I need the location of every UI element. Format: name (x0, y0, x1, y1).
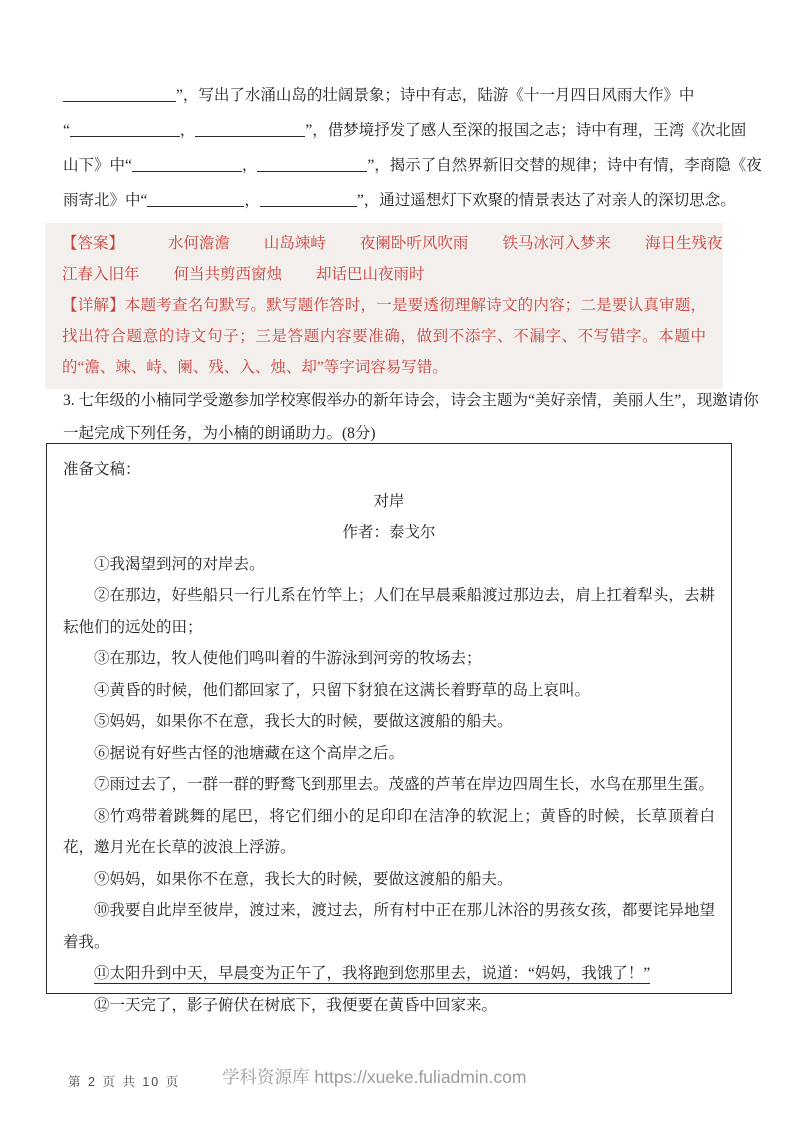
poem-stanza-text: ⑤妈妈，如果你不在意，我长大的时候，要做这渡船的船夫。 (94, 713, 513, 730)
text-segment: ， (242, 157, 258, 174)
question-3: 3. 七年级的小楠同学受邀参加学校寒假举办的新年诗会，诗会主题为“美好亲情，美丽… (63, 384, 753, 450)
text-line: 雨寄北》中“，”，通过遥想灯下欢聚的情景表达了对亲人的深切思念。 (63, 183, 753, 218)
poem-stanza-text: ⑦雨过去了，一群一群的野鹜飞到那里去。茂盛的芦苇在岸边四周生长，水鸟在那里生蛋。 (94, 776, 714, 793)
text-segment: 山下》中“ (63, 157, 132, 174)
text-segment: 3. 七年级的小楠同学受邀参加学校寒假举办的新年诗会，诗会主题为“美好亲情，美丽… (63, 392, 759, 409)
poem-stanza: ⑨妈妈，如果你不在意，我长大的时候，要做这渡船的船夫。 (63, 864, 715, 896)
poem-stanza: ①我渴望到河的对岸去。 (63, 549, 715, 581)
poem-stanza-text: ⑫一天完了，影子俯伏在树底下，我便要在黄昏中回家来。 (94, 997, 497, 1014)
text-segment: ”，揭示了自然界新旧交替的规律；诗中有情，李商隐《夜 (367, 157, 761, 174)
poem-stanza: ⑧竹鸡带着跳舞的尾巴，将它们细小的足印印在洁净的软泥上；黄昏的时候，长草顶着白花… (63, 801, 715, 864)
poem-stanza-text: ⑥据说有好些古怪的池塘藏在这个高岸之后。 (94, 745, 404, 762)
poem-stanza-text: ②在那边，好些船只一行儿系在竹竿上；人们在早晨乘船渡过那边去，肩上扛着犁头，去耕… (63, 587, 715, 636)
text-segment: ”，写出了水涌山岛的壮阔景象；诗中有志，陆游《十一月四日风雨大作》中 (176, 87, 694, 104)
poem-stanza: ④黄昏的时候，他们都回家了，只留下豺狼在这满长着野草的岛上哀叫。 (63, 675, 715, 707)
answer-item: 水何澹澹 (168, 235, 230, 252)
detail-paragraph: 【详解】本题考查名句默写。默写题作答时，一是要透彻理解诗文的内容；二是要认真审题… (62, 290, 706, 383)
detail-text: 本题考查名句默写。默写题作答时，一是要透彻理解诗文的内容；二是要认真审题，找出符… (62, 297, 706, 376)
answer-item: 江春入旧年 (62, 266, 140, 283)
answers-row-2: 江春入旧年何当共剪西窗烛却话巴山夜雨时 (62, 259, 706, 290)
answers-row-1: 【答案】 水何澹澹山岛竦峙夜阑卧听风吹雨铁马冰河入梦来海日生残夜 (62, 228, 706, 259)
text-segment: 雨寄北》中“ (63, 192, 147, 209)
exam-page: ”，写出了水涌山岛的壮阔景象；诗中有志，陆游《十一月四日风雨大作》中“，”，借梦… (0, 0, 793, 1122)
manuscript-label: 准备文稿： (63, 454, 715, 486)
detail-label: 【详解】 (62, 297, 125, 314)
text-line: “，”，借梦境抒发了感人至深的报国之志；诗中有理，王湾《次北固 (63, 113, 753, 148)
answer-item: 何当共剪西窗烛 (174, 266, 283, 283)
poem-stanza: ⑩我要自此岸至彼岸，渡过来，渡过去，所有村中正在那儿沐浴的男孩女孩，都要诧异地望… (63, 895, 715, 958)
fill-in-blank (260, 192, 357, 207)
poem-stanza-text: ⑨妈妈，如果你不在意，我长大的时候，要做这渡船的船夫。 (94, 871, 513, 888)
page-number: 第 2 页 共 10 页 (68, 1072, 180, 1090)
poem-stanza-text: ⑧竹鸡带着跳舞的尾巴，将它们细小的足印印在洁净的软泥上；黄昏的时候，长草顶着白花… (63, 808, 715, 857)
poem-stanza: ②在那边，好些船只一行儿系在竹竿上；人们在早晨乘船渡过那边去，肩上扛着犁头，去耕… (63, 580, 715, 643)
poem-stanza: ⑤妈妈，如果你不在意，我长大的时候，要做这渡船的船夫。 (63, 706, 715, 738)
text-line: 3. 七年级的小楠同学受邀参加学校寒假举办的新年诗会，诗会主题为“美好亲情，美丽… (63, 384, 753, 417)
text-segment: “ (63, 122, 70, 139)
poem-stanza: ③在那边，牧人使他们鸣叫着的牛游泳到河旁的牧场去； (63, 643, 715, 675)
fill-in-blank (257, 157, 367, 172)
poem-stanza: ⑥据说有好些古怪的池塘藏在这个高岸之后。 (63, 738, 715, 770)
answer-item: 山岛竦峙 (264, 235, 326, 252)
fill-in-blank (147, 192, 244, 207)
poem-stanza-text: ⑩我要自此岸至彼岸，渡过来，渡过去，所有村中正在那儿沐浴的男孩女孩，都要诧异地望… (63, 902, 715, 951)
text-segment: ”，通过遥想灯下欢聚的情景表达了对亲人的深切思念。 (357, 192, 736, 209)
text-segment: 一起完成下列任务，为小楠的朗诵助力。(8分) (63, 425, 376, 442)
site-link: 学科资源库 https://xueke.fuliadmin.com (222, 1064, 526, 1089)
poem-title: 对岸 (63, 486, 715, 518)
text-segment: ， (244, 192, 260, 209)
manuscript-box: 准备文稿： 对岸 作者：泰戈尔 ①我渴望到河的对岸去。②在那边，好些船只一行儿系… (46, 443, 732, 994)
answer-label: 【答案】 (62, 235, 124, 252)
text-line: 山下》中“，”，揭示了自然界新旧交替的规律；诗中有情，李商隐《夜 (63, 148, 753, 183)
text-segment: ， (180, 122, 196, 139)
poem-body: ①我渴望到河的对岸去。②在那边，好些船只一行儿系在竹竿上；人们在早晨乘船渡过那边… (63, 549, 715, 1022)
fill-in-blank (63, 87, 176, 102)
answer-item: 海日生残夜 (645, 235, 723, 252)
answer-item: 却话巴山夜雨时 (316, 266, 425, 283)
poem-stanza: ⑪太阳升到中天，早晨变为正午了，我将跑到您那里去，说道：“妈妈，我饿了！” (63, 958, 715, 990)
answer-item: 铁马冰河入梦来 (502, 235, 611, 252)
poem-stanza-text: ⑪太阳升到中天，早晨变为正午了，我将跑到您那里去，说道：“妈妈，我饿了！” (94, 965, 650, 984)
answer-item: 夜阑卧听风吹雨 (360, 235, 469, 252)
text-segment: ”，借梦境抒发了感人至深的报国之志；诗中有理，王湾《次北固 (305, 122, 746, 139)
poem-stanza-text: ①我渴望到河的对岸去。 (94, 556, 265, 573)
text-line: ”，写出了水涌山岛的壮阔景象；诗中有志，陆游《十一月四日风雨大作》中 (63, 78, 753, 113)
poem-stanza-text: ④黄昏的时候，他们都回家了，只留下豺狼在这满长着野草的岛上哀叫。 (94, 682, 590, 699)
intro-paragraph: ”，写出了水涌山岛的壮阔景象；诗中有志，陆游《十一月四日风雨大作》中“，”，借梦… (63, 78, 753, 218)
fill-in-blank (195, 122, 305, 137)
poem-author: 作者：泰戈尔 (63, 517, 715, 549)
poem-stanza-text: ③在那边，牧人使他们鸣叫着的牛游泳到河旁的牧场去； (94, 650, 482, 667)
answer-block: 【答案】 水何澹澹山岛竦峙夜阑卧听风吹雨铁马冰河入梦来海日生残夜 江春入旧年何当… (45, 223, 723, 389)
poem-stanza: ⑫一天完了，影子俯伏在树底下，我便要在黄昏中回家来。 (63, 990, 715, 1022)
fill-in-blank (70, 122, 180, 137)
fill-in-blank (132, 157, 242, 172)
poem-stanza: ⑦雨过去了，一群一群的野鹜飞到那里去。茂盛的芦苇在岸边四周生长，水鸟在那里生蛋。 (63, 769, 715, 801)
